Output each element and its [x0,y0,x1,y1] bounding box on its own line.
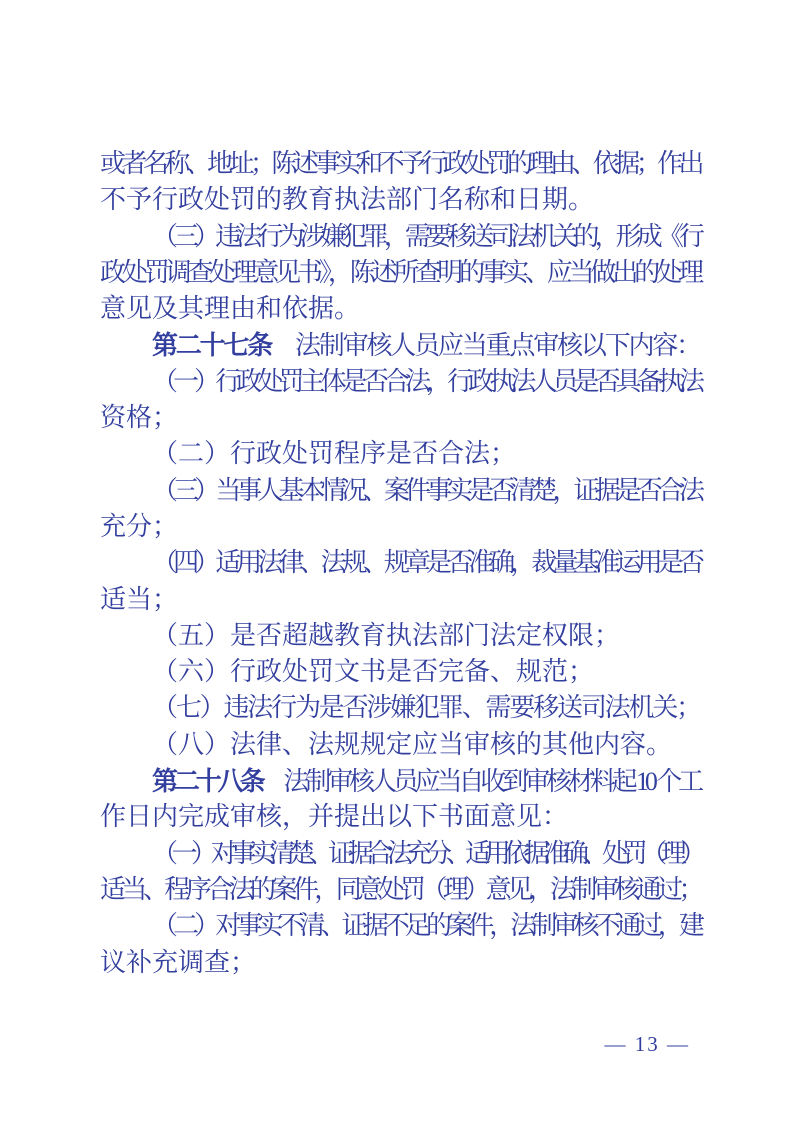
text-line: 意见及其理由和依据。 [100,291,700,327]
text-line: 第二十七条 法制审核人员应当重点审核以下内容： [100,327,700,363]
page-number: — 13 — [605,1031,691,1057]
text-line: （四）适用法律、法规、规章是否准确，裁量基准运用是否 [100,545,700,581]
text-line: 适当、程序合法的案件，同意处罚（理）意见，法制审核通过； [100,872,700,908]
text-line: 资格； [100,400,700,436]
text-line: 政处罚调查处理意见书》，陈述所查明的事实、应当做出的处理 [100,255,700,291]
text-line: 第二十八条 法制审核人员应当自收到审核材料起 10 个工 [100,763,700,799]
article-heading: 第二十八条 [152,766,261,796]
text-line: （二）对事实不清、证据不足的案件，法制审核不通过，建 [100,908,700,944]
text-line: （五）是否超越教育执法部门法定权限； [100,618,700,654]
text-line: （六）行政处罚文书是否完备、规范； [100,654,700,690]
document-page: 或者名称、地址；陈述事实和不予行政处罚的理由、依据；作出不予行政处罚的教育执法部… [0,0,793,1122]
text-line: 作日内完成审核，并提出以下书面意见： [100,799,700,835]
text-block: 或者名称、地址；陈述事实和不予行政处罚的理由、依据；作出不予行政处罚的教育执法部… [100,146,700,981]
text-line: （一）对事实清楚、证据合法充分、适用依据准确、处罚（理） [100,836,700,872]
text-line: 充分； [100,509,700,545]
text-line: 或者名称、地址；陈述事实和不予行政处罚的理由、依据；作出 [100,146,700,182]
article-heading: 第二十七条 [152,330,271,360]
text-line: （三）违法行为涉嫌犯罪，需要移送司法机关的，形成《行 [100,219,700,255]
text-line: （二）行政处罚程序是否合法； [100,436,700,472]
text-line: 议补充调查； [100,945,700,981]
text-line: （七）违法行为是否涉嫌犯罪、需要移送司法机关； [100,690,700,726]
text-line: 适当； [100,582,700,618]
text-line: （一）行政处罚主体是否合法，行政执法人员是否具备执法 [100,364,700,400]
text-line: （八）法律、法规规定应当审核的其他内容。 [100,727,700,763]
text-line: （三）当事人基本情况、案件事实是否清楚，证据是否合法 [100,473,700,509]
text-line: 不予行政处罚的教育执法部门名称和日期。 [100,182,700,218]
